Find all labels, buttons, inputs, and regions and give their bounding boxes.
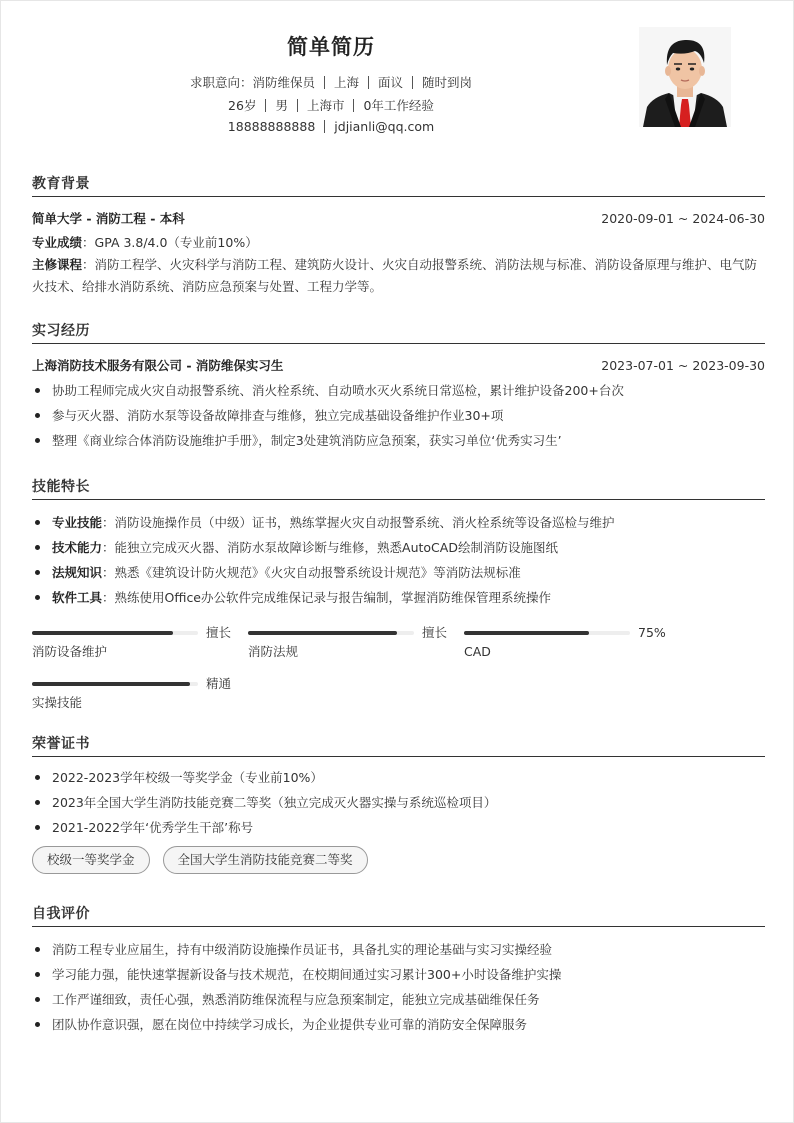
internship-header-row: 上海消防技术服务有限公司 - 消防维保实习生 2023-07-01 ~ 2023… <box>32 354 765 378</box>
honors-section: 荣誉证书 2022-2023学年校级一等奖学金（专业前10%） 2023年全国大… <box>32 733 765 876</box>
skills-bullets: 专业技能：消防设施操作员（中级）证书，熟练掌握火灾自动报警系统、消火栓系统等设备… <box>32 510 765 610</box>
progress-track <box>32 631 198 635</box>
skill-bar: 擅长 消防法规 <box>248 624 464 670</box>
honor-tag: 校级一等奖学金 <box>32 846 150 874</box>
divider <box>353 99 354 112</box>
skill-name: 消防法规 <box>248 643 298 661</box>
skill-text: ：熟悉《建筑设计防火规范》《火灾自动报警系统设计规范》等消防法规标准 <box>102 565 521 580</box>
salary: 面议 <box>378 75 403 90</box>
skill-label: 法规知识 <box>52 565 102 580</box>
skills-section: 技能特长 专业技能：消防设施操作员（中级）证书，熟练掌握火灾自动报警系统、消火栓… <box>32 476 765 724</box>
section-title-internship: 实习经历 <box>32 320 765 344</box>
company-position: 上海消防技术服务有限公司 - 消防维保实习生 <box>32 358 283 373</box>
progress-fill <box>248 631 397 635</box>
gpa-label: 专业成绩 <box>32 235 82 250</box>
list-item: 整理《商业综合体消防设施维护手册》，制定3处建筑消防应急预案，获实习单位‘优秀实… <box>32 428 765 453</box>
personal-info-line: 26岁男上海市0年工作经验 <box>1 96 661 114</box>
avatar <box>639 27 731 127</box>
progress-track <box>248 631 414 635</box>
courses-label: 主修课程 <box>32 257 82 272</box>
list-item: 协助工程师完成火灾自动报警系统、消火栓系统、自动喷水灭火系统日常巡检，累计维护设… <box>32 378 765 403</box>
section-title-skills: 技能特长 <box>32 476 765 500</box>
divider <box>324 120 325 133</box>
list-item: 2021-2022学年‘优秀学生干部’称号 <box>32 815 765 840</box>
progress-fill <box>464 631 589 635</box>
skill-name: CAD <box>464 643 491 661</box>
gender: 男 <box>275 98 288 113</box>
self-evaluation-section: 自我评价 消防工程专业应届生，持有中级消防设施操作员证书，具备扎实的理论基础与实… <box>32 903 765 1037</box>
skill-level: 精通 <box>206 675 231 693</box>
skill-level: 擅长 <box>422 624 447 642</box>
section-title-education: 教育背景 <box>32 173 765 197</box>
skill-bar: 75% CAD <box>464 624 680 670</box>
divider <box>368 76 369 89</box>
skill-bar: 擅长 消防设备维护 <box>32 624 248 670</box>
resume-header: 简单简历 求职意向：消防维保员上海面议随时到岗 26岁男上海市0年工作经验 18… <box>1 1 794 151</box>
list-item: 2023年全国大学生消防技能竞赛二等奖（独立完成灭火器实操与系统巡检项目） <box>32 790 765 815</box>
school-major-degree: 简单大学 - 消防工程 - 本科 <box>32 211 185 226</box>
residence: 上海市 <box>307 98 345 113</box>
education-date: 2020-09-01 ~ 2024-06-30 <box>601 207 765 231</box>
honor-tag: 全国大学生消防技能竞赛二等奖 <box>163 846 368 874</box>
skill-level: 75% <box>638 624 666 642</box>
list-item: 技术能力：能独立完成灭火器、消防水泵故障诊断与维修，熟悉AutoCAD绘制消防设… <box>32 535 765 560</box>
email: jdjianli@qq.com <box>334 119 434 134</box>
honor-tags: 校级一等奖学金全国大学生消防技能竞赛二等奖 <box>32 846 765 876</box>
skill-name: 实操技能 <box>32 694 82 712</box>
skill-text: ：熟练使用Office办公软件完成维保记录与报告编制，掌握消防维保管理系统操作 <box>102 590 551 605</box>
progress-fill <box>32 682 190 686</box>
list-item: 专业技能：消防设施操作员（中级）证书，熟练掌握火灾自动报警系统、消火栓系统等设备… <box>32 510 765 535</box>
list-item: 学习能力强，能快速掌握新设备与技术规范，在校期间通过实习累计300+小时设备维护… <box>32 962 765 987</box>
internship-bullets: 协助工程师完成火灾自动报警系统、消火栓系统、自动喷水灭火系统日常巡检，累计维护设… <box>32 378 765 453</box>
divider <box>297 99 298 112</box>
skill-bars: 擅长 消防设备维护 擅长 消防法规 75% CAD 精通 实操技能 <box>32 624 765 724</box>
availability: 随时到岗 <box>422 75 472 90</box>
skill-text: ：消防设施操作员（中级）证书，熟练掌握火灾自动报警系统、消火栓系统等设备巡检与维… <box>102 515 615 530</box>
skill-bar: 精通 实操技能 <box>32 675 248 721</box>
list-item: 工作严谨细致，责任心强，熟悉消防维保流程与应急预案制定，能独立完成基础维保任务 <box>32 987 765 1012</box>
experience-years: 0年工作经验 <box>363 98 433 113</box>
resume-name: 简单简历 <box>1 31 661 61</box>
skill-name: 消防设备维护 <box>32 643 107 661</box>
section-title-honors: 荣誉证书 <box>32 733 765 757</box>
education-header-row: 简单大学 - 消防工程 - 本科 2020-09-01 ~ 2024-06-30 <box>32 207 765 231</box>
internship-section: 实习经历 上海消防技术服务有限公司 - 消防维保实习生 2023-07-01 ~… <box>32 320 765 453</box>
skill-label: 软件工具 <box>52 590 102 605</box>
progress-fill <box>32 631 173 635</box>
list-item: 软件工具：熟练使用Office办公软件完成维保记录与报告编制，掌握消防维保管理系… <box>32 585 765 610</box>
honors-bullets: 2022-2023学年校级一等奖学金（专业前10%） 2023年全国大学生消防技… <box>32 765 765 840</box>
skill-level: 擅长 <box>206 624 231 642</box>
resume-page: 简单简历 求职意向：消防维保员上海面议随时到岗 26岁男上海市0年工作经验 18… <box>0 0 794 1123</box>
list-item: 消防工程专业应届生，持有中级消防设施操作员证书，具备扎实的理论基础与实习实操经验 <box>32 937 765 962</box>
courses-paragraph: 主修课程：消防工程学、火灾科学与消防工程、建筑防火设计、火灾自动报警系统、消防法… <box>32 254 765 298</box>
education-section: 教育背景 简单大学 - 消防工程 - 本科 2020-09-01 ~ 2024-… <box>32 173 765 298</box>
phone: 18888888888 <box>228 119 315 134</box>
list-item: 2022-2023学年校级一等奖学金（专业前10%） <box>32 765 765 790</box>
self-evaluation-bullets: 消防工程专业应届生，持有中级消防设施操作员证书，具备扎实的理论基础与实习实操经验… <box>32 937 765 1037</box>
job-intent-line: 求职意向：消防维保员上海面议随时到岗 <box>1 73 661 91</box>
divider <box>324 76 325 89</box>
skill-label: 专业技能 <box>52 515 102 530</box>
age: 26岁 <box>228 98 256 113</box>
avatar-portrait-icon <box>639 27 731 127</box>
gpa-row: 专业成绩：GPA 3.8/4.0（专业前10%） <box>32 231 765 255</box>
list-item: 团队协作意识强，愿在岗位中持续学习成长，为企业提供专业可靠的消防安全保障服务 <box>32 1012 765 1037</box>
courses-value: ：消防工程学、火灾科学与消防工程、建筑防火设计、火灾自动报警系统、消防法规与标准… <box>32 257 757 294</box>
job-intent: 求职意向：消防维保员 <box>190 75 315 90</box>
progress-track <box>32 682 198 686</box>
skill-label: 技术能力 <box>52 540 102 555</box>
gpa-value: ：GPA 3.8/4.0（专业前10%） <box>82 235 258 250</box>
divider <box>412 76 413 89</box>
internship-date: 2023-07-01 ~ 2023-09-30 <box>601 354 765 378</box>
job-city: 上海 <box>334 75 359 90</box>
progress-track <box>464 631 630 635</box>
section-title-self-evaluation: 自我评价 <box>32 903 765 927</box>
skill-text: ：能独立完成灭火器、消防水泵故障诊断与维修，熟悉AutoCAD绘制消防设施图纸 <box>102 540 558 555</box>
list-item: 参与灭火器、消防水泵等设备故障排查与维修，独立完成基础设备维护作业30+项 <box>32 403 765 428</box>
list-item: 法规知识：熟悉《建筑设计防火规范》《火灾自动报警系统设计规范》等消防法规标准 <box>32 560 765 585</box>
divider <box>265 99 266 112</box>
contact-line: 18888888888jdjianli@qq.com <box>1 119 661 134</box>
